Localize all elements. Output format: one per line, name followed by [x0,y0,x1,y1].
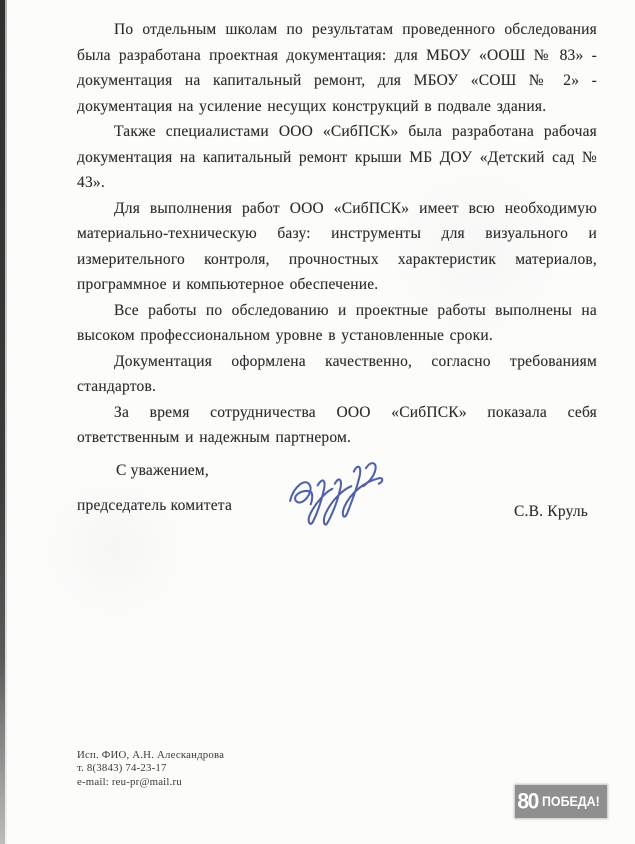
handwritten-signature-icon [278,448,390,540]
badge-word: ПОБЕДА! [542,794,600,809]
scan-edge-shadow-inner [5,0,7,844]
letter-body: По отдельным школам по результатам прове… [77,17,597,451]
paragraph-documentation-standards: Документация оформлена качественно, согл… [77,349,597,400]
paragraph-technical-base: Для выполнения работ ООО «СибПСК» имеет … [77,196,597,298]
salutation: С уважением, [116,462,209,480]
executor-name: Исп. ФИО, А.Н. Алескандрова [77,749,224,762]
paragraph-work-quality: Все работы по обследованию и проектные р… [77,298,597,349]
victory-80-badge: 80 ПОБЕДА! [515,785,607,818]
executor-footer: Исп. ФИО, А.Н. Алескандрова т. 8(3843) 7… [77,749,224,789]
scanned-letter-page: По отдельным школам по результатам прове… [0,0,635,844]
executor-phone: т. 8(3843) 74-23-17 [77,762,224,775]
signatory-position: председатель комитета [77,497,232,515]
paragraph-reliable-partner: За время сотрудничества ООО «СибПСК» пок… [77,400,597,451]
badge-number: 80 [517,789,537,814]
paragraph-working-documentation: Также специалистами ООО «СибПСК» была ра… [77,119,597,196]
signatory-name: С.В. Круль [514,503,588,521]
paragraph-survey-results: По отдельным школам по результатам прове… [77,17,597,119]
executor-email: e-mail: reu-pr@mail.ru [77,776,224,789]
